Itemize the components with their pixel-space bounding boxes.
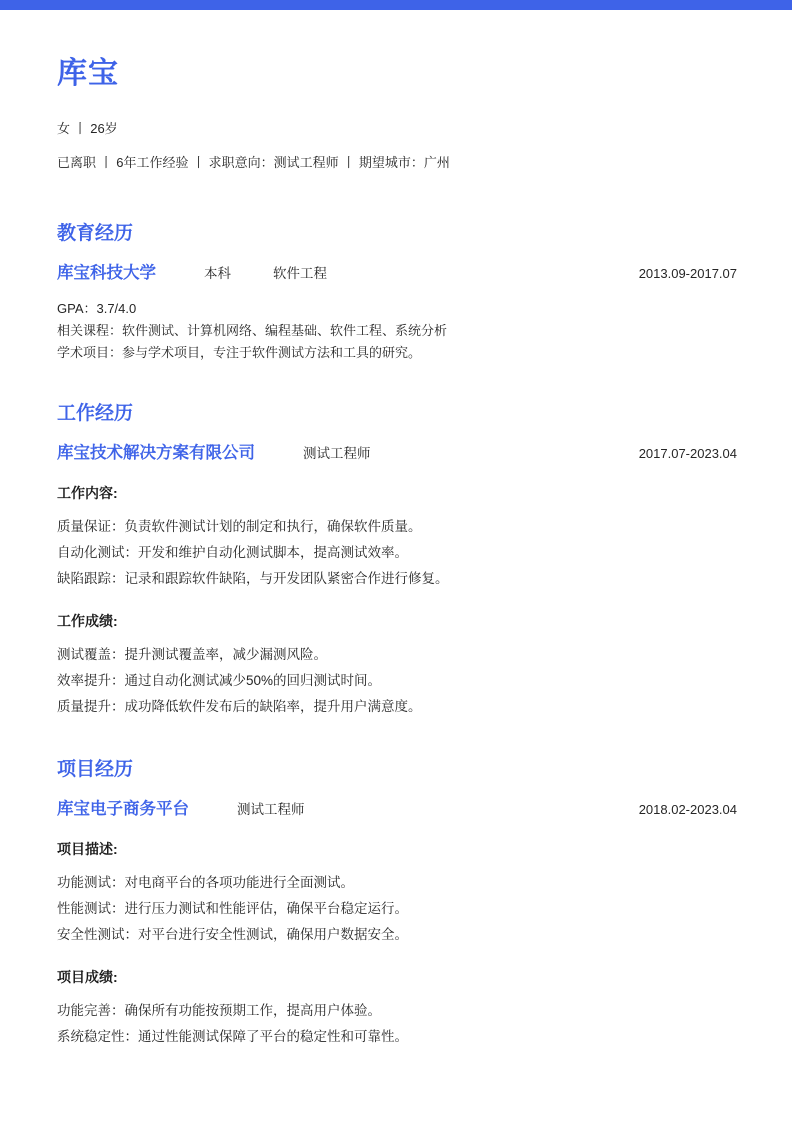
resume-page: 库宝 女 丨 26岁 已离职 丨 6年工作经验 丨 求职意向：测试工程师 丨 期…: [0, 10, 792, 1090]
work-duty-item: 缺陷跟踪：记录和跟踪软件缺陷，与开发团队紧密合作进行修复。: [57, 566, 737, 592]
section-project: 项目经历 库宝电子商务平台 测试工程师 2018.02-2023.04 项目描述…: [57, 758, 737, 1050]
education-details: GPA：3.7/4.0 相关课程：软件测试、计算机网络、编程基础、软件工程、系统…: [57, 298, 737, 364]
school-name: 库宝科技大学: [57, 262, 156, 284]
work-duties-label: 工作内容:: [57, 483, 737, 503]
project-achievement-item: 系统稳定性：通过性能测试保障了平台的稳定性和可靠性。: [57, 1024, 737, 1050]
project-description-list: 功能测试：对电商平台的各项功能进行全面测试。 性能测试：进行压力测试和性能评估，…: [57, 870, 737, 948]
project-description-label: 项目描述:: [57, 839, 737, 859]
project-section-title: 项目经历: [57, 758, 737, 782]
project-period: 2018.02-2023.04: [639, 802, 737, 817]
project-achievement-item: 功能完善：确保所有功能按预期工作，提高用户体验。: [57, 998, 737, 1024]
project-entry-row: 库宝电子商务平台 测试工程师 2018.02-2023.04: [57, 798, 737, 820]
work-achievement-item: 效率提升：通过自动化测试减少50%的回归测试时间。: [57, 668, 737, 694]
project-description-item: 功能测试：对电商平台的各项功能进行全面测试。: [57, 870, 737, 896]
work-achievements-list: 测试覆盖：提升测试覆盖率，减少漏测风险。 效率提升：通过自动化测试减少50%的回…: [57, 642, 737, 720]
work-achievements-label: 工作成绩:: [57, 611, 737, 631]
job-intention-line: 已离职 丨 6年工作经验 丨 求职意向：测试工程师 丨 期望城市：广州: [57, 154, 737, 172]
candidate-name: 库宝: [57, 55, 737, 93]
work-section-title: 工作经历: [57, 402, 737, 426]
company-name: 库宝技术解决方案有限公司: [57, 442, 255, 464]
education-detail-line: 学术项目：参与学术项目，专注于软件测试方法和工具的研究。: [57, 342, 737, 364]
section-work: 工作经历 库宝技术解决方案有限公司 测试工程师 2017.07-2023.04 …: [57, 402, 737, 720]
resume-header: 库宝 女 丨 26岁 已离职 丨 6年工作经验 丨 求职意向：测试工程师 丨 期…: [57, 55, 737, 172]
project-description-item: 性能测试：进行压力测试和性能评估，确保平台稳定运行。: [57, 896, 737, 922]
project-role: 测试工程师: [237, 798, 305, 818]
work-duty-item: 质量保证：负责软件测试计划的制定和执行，确保软件质量。: [57, 514, 737, 540]
major: 软件工程: [273, 262, 327, 282]
project-name: 库宝电子商务平台: [57, 798, 189, 820]
work-entry-row: 库宝技术解决方案有限公司 测试工程师 2017.07-2023.04: [57, 442, 737, 464]
education-detail-line: 相关课程：软件测试、计算机网络、编程基础、软件工程、系统分析: [57, 320, 737, 342]
work-achievement-item: 测试覆盖：提升测试覆盖率，减少漏测风险。: [57, 642, 737, 668]
work-duty-item: 自动化测试：开发和维护自动化测试脚本，提高测试效率。: [57, 540, 737, 566]
education-detail-line: GPA：3.7/4.0: [57, 298, 737, 320]
degree: 本科: [204, 262, 231, 282]
project-achievements-label: 项目成绩:: [57, 967, 737, 987]
gender-age-line: 女 丨 26岁: [57, 120, 737, 138]
education-entry-row: 库宝科技大学 本科 软件工程 2013.09-2017.07: [57, 262, 737, 284]
work-duties-list: 质量保证：负责软件测试计划的制定和执行，确保软件质量。 自动化测试：开发和维护自…: [57, 514, 737, 592]
education-period: 2013.09-2017.07: [639, 266, 737, 281]
project-description-item: 安全性测试：对平台进行安全性测试，确保用户数据安全。: [57, 922, 737, 948]
work-achievement-item: 质量提升：成功降低软件发布后的缺陷率，提升用户满意度。: [57, 694, 737, 720]
page-top-accent-bar: [0, 0, 792, 10]
section-education: 教育经历 库宝科技大学 本科 软件工程 2013.09-2017.07 GPA：…: [57, 222, 737, 364]
education-section-title: 教育经历: [57, 222, 737, 246]
work-period: 2017.07-2023.04: [639, 446, 737, 461]
project-achievements-list: 功能完善：确保所有功能按预期工作，提高用户体验。 系统稳定性：通过性能测试保障了…: [57, 998, 737, 1050]
work-role: 测试工程师: [303, 442, 371, 462]
